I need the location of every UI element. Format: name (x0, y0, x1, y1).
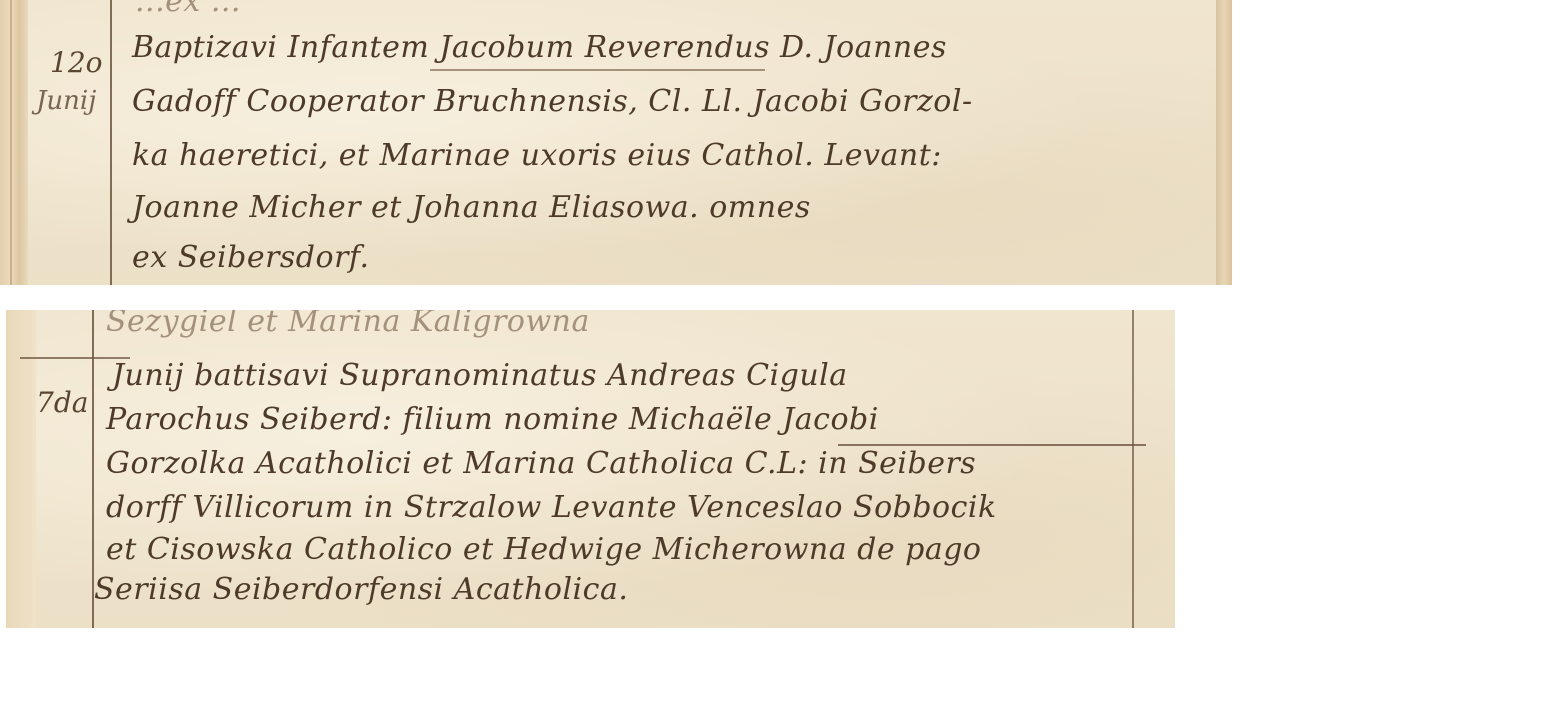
name-underline (430, 69, 765, 71)
entry-line-3: ka haeretici, et Marinae uxoris eius Cat… (132, 138, 942, 173)
margin-date-day: 12o (50, 46, 103, 79)
entry-line-2: Parochus Seiberd: filium nomine Michaële… (106, 402, 879, 437)
register-excerpt-bottom: Sezygiel et Marina Kaligrowna 7da Junij … (6, 310, 1175, 628)
entry-line-6: Seriisa Seiberdorfensi Acatholica. (94, 572, 628, 607)
margin-rule (110, 0, 112, 285)
register-excerpt-top: ...ex ... 12o Junij Baptizavi Infantem J… (0, 0, 1232, 285)
margin-date-day: 7da (36, 386, 88, 419)
entry-line-4: dorff Villicorum in Strzalow Levante Ven… (106, 490, 997, 525)
right-margin-rule (1132, 310, 1134, 628)
entry-line-1-text: Baptizavi Infantem Jacobum Reverendus D.… (132, 30, 947, 65)
entry-line-1: Junij battisavi Supranominatus Andreas C… (112, 358, 848, 393)
entry-line-4: Joanne Micher et Johanna Eliasowa. omnes (132, 190, 811, 225)
entry-line-1: Baptizavi Infantem Jacobum Reverendus D.… (132, 30, 947, 65)
partial-line-above: Sezygiel et Marina Kaligrowna (106, 310, 590, 339)
entry-line-2: Gadoff Cooperator Bruchnensis, Cl. Ll. J… (132, 84, 973, 119)
binding-gutter (0, 0, 28, 285)
partial-line-above: ...ex ... (135, 0, 241, 19)
page-edge (1216, 0, 1232, 285)
entry-line-3: Gorzolka Acatholici et Marina Catholica … (106, 446, 976, 481)
entry-line-5: ex Seibersdorf. (132, 240, 369, 275)
margin-date-month: Junij (36, 86, 96, 116)
entry-line-5: et Cisowska Catholico et Hedwige Michero… (106, 532, 982, 567)
